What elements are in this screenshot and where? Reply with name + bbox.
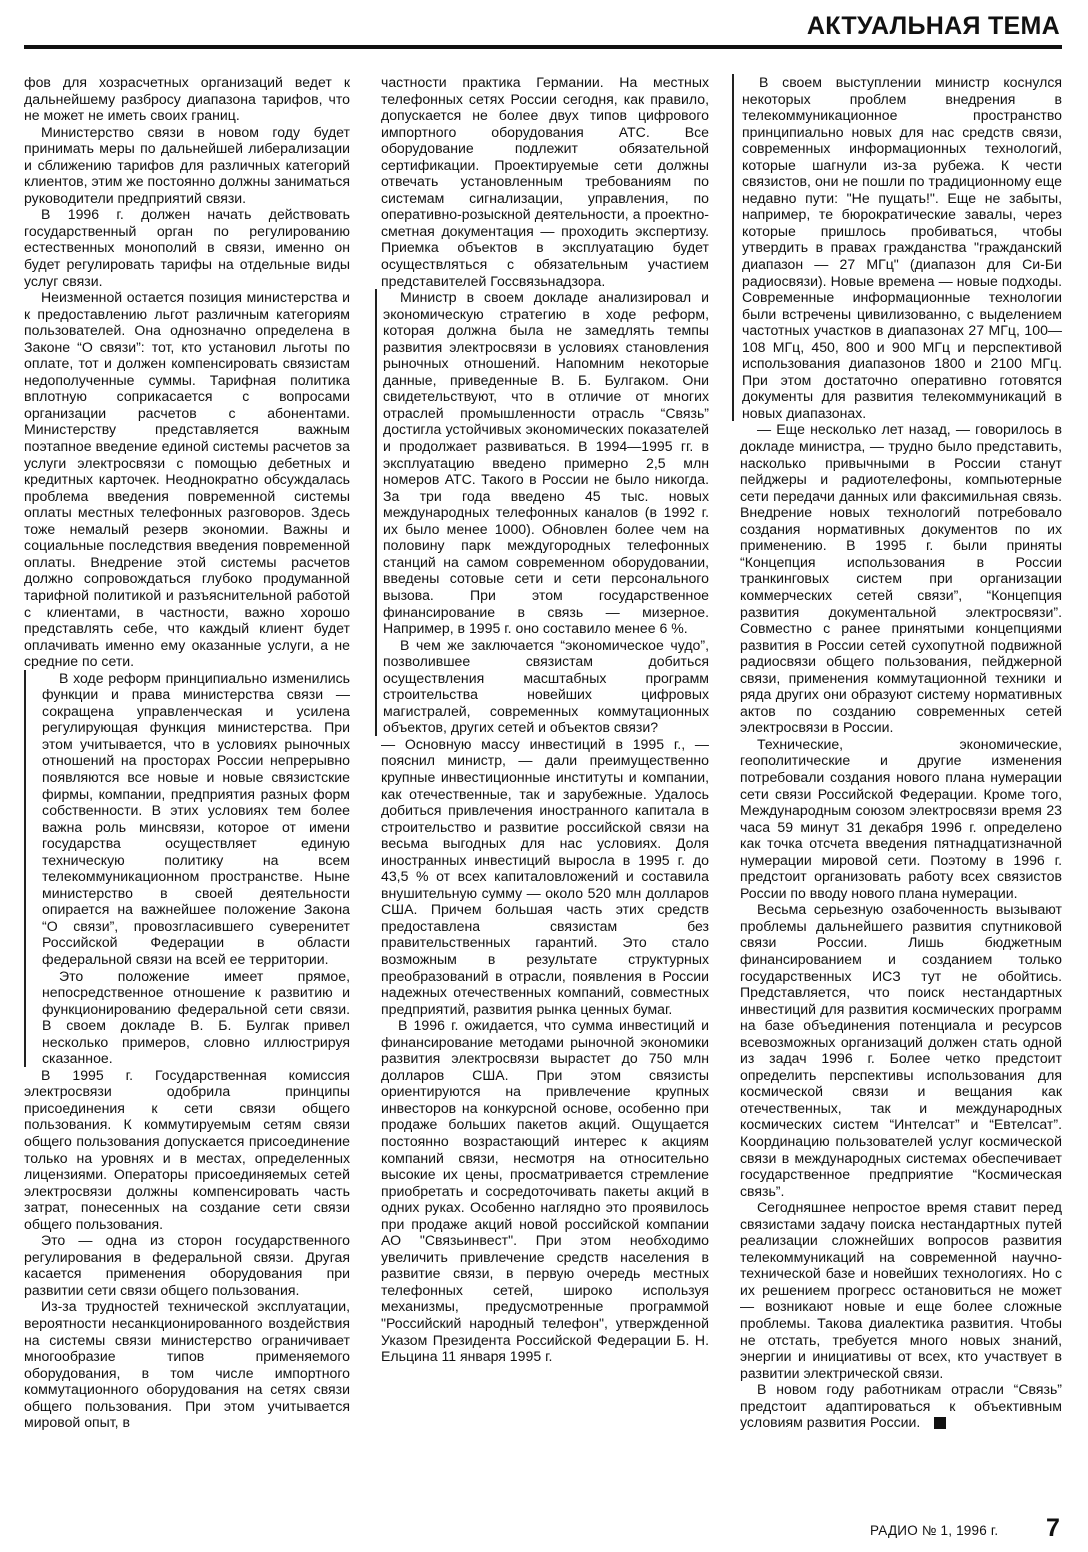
- page-number: 7: [1046, 1514, 1060, 1543]
- paragraph: частности практика Германии. На местных …: [381, 74, 709, 289]
- footer-magazine-issue: РАДИО № 1, 1996 г.: [870, 1523, 998, 1538]
- paragraph: В 1996 г. ожидается, что сумма инвестици…: [381, 1017, 709, 1364]
- paragraph: — Основную массу инвестиций в 1995 г., —…: [381, 736, 709, 1017]
- header-rule: [24, 45, 1062, 49]
- sidebar-ruled-block: Министр в своем докладе анализировал и э…: [375, 289, 709, 736]
- paragraph: Это — одна из сторон государственного ре…: [24, 1232, 350, 1298]
- paragraph: Министерство связи в новом году будет пр…: [24, 124, 350, 207]
- article-column-3: В своем выступлении министр коснулся нек…: [740, 74, 1062, 1431]
- paragraph: В 1995 г. Государственная комиссия элект…: [24, 1067, 350, 1232]
- article-column-1: фов для хозрасчетных организаций ведет к…: [24, 74, 350, 1431]
- paragraph: фов для хозрасчетных организаций ведет к…: [24, 74, 350, 124]
- paragraph: Сегодняшнее непростое время ставит перед…: [740, 1199, 1062, 1381]
- paragraph: В новом году работникам отрасли “Связь” …: [740, 1381, 1062, 1431]
- paragraph: — Еще несколько лет назад, — говорилось …: [740, 421, 1062, 735]
- paragraph: Технические, экономические, геополитичес…: [740, 736, 1062, 901]
- sidebar-ruled-block: В своем выступлении министр коснулся нек…: [732, 74, 1062, 421]
- article-column-2: частности практика Германии. На местных …: [381, 74, 709, 1365]
- paragraph-text: В новом году работникам отрасли “Связь” …: [740, 1381, 1062, 1430]
- paragraph: В ходе реформ принципиально изменились ф…: [42, 670, 350, 968]
- paragraph: Весьма серьезную озабоченность вызывают …: [740, 901, 1062, 1199]
- paragraph: Министр в своем докладе анализировал и э…: [383, 289, 709, 636]
- sidebar-ruled-block: В ходе реформ принципиально изменились ф…: [24, 670, 350, 1067]
- paragraph: Неизменной остается позиция министерства…: [24, 289, 350, 670]
- paragraph: В своем выступлении министр коснулся нек…: [742, 74, 1062, 421]
- paragraph: В 1996 г. должен начать действовать госу…: [24, 206, 350, 289]
- section-header-title: АКТУАЛЬНАЯ ТЕМА: [807, 12, 1060, 41]
- paragraph: Из-за трудностей технической эксплуатаци…: [24, 1298, 350, 1430]
- end-of-article-icon: [934, 1417, 946, 1429]
- paragraph: В чем же заключается “экономическое чудо…: [383, 637, 709, 736]
- paragraph: Это положение имеет прямое, непосредстве…: [42, 968, 350, 1067]
